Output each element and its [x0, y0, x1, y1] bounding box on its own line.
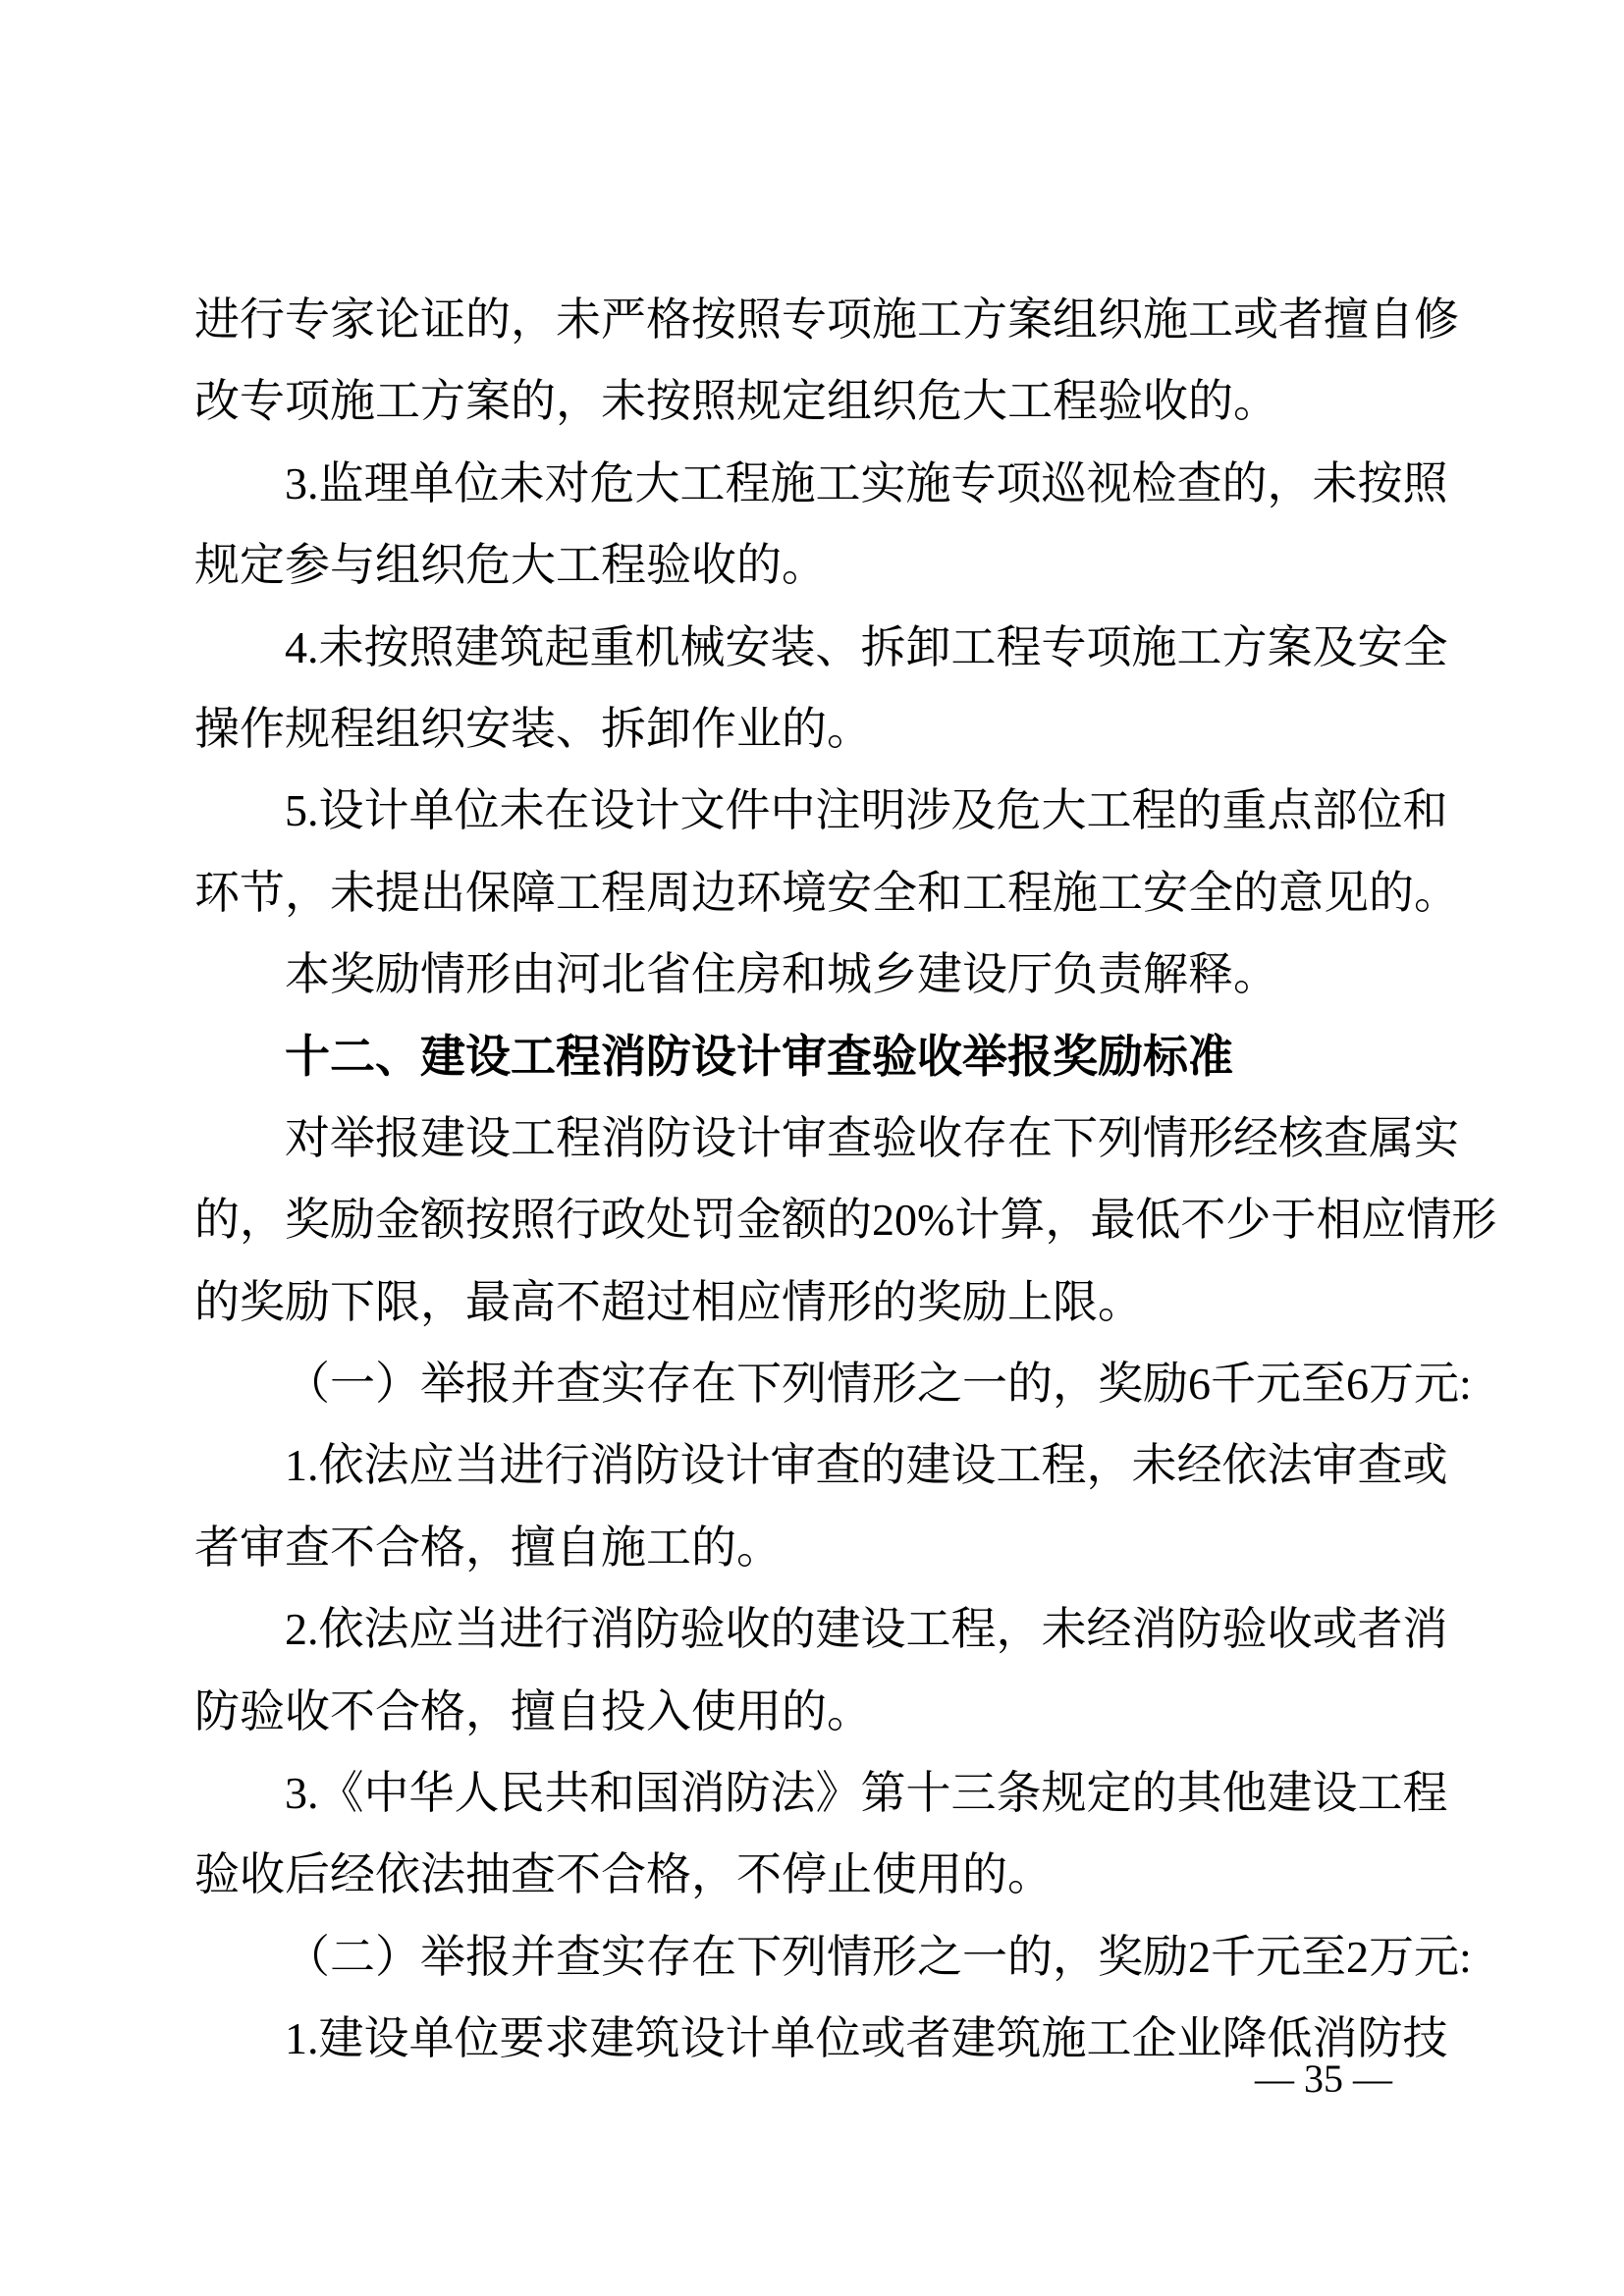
text-line: 对举报建设工程消防设计审查验收存在下列情形经核查属实 — [194, 1097, 1471, 1179]
page-number: — 35 — — [1255, 2057, 1392, 2101]
text-line: 改专项施工方案的，未按照规定组织危大工程验收的。 — [194, 360, 1471, 442]
text-line: 进行专家论证的，未严格按照专项施工方案组织施工或者擅自修 — [194, 279, 1471, 360]
text-line: 操作规程组织安装、拆卸作业的。 — [194, 688, 1471, 770]
document-page: 进行专家论证的，未严格按照专项施工方案组织施工或者擅自修 改专项施工方案的，未按… — [0, 0, 1624, 2296]
section-heading: 十二、建设工程消防设计审查验收举报奖励标准 — [194, 1016, 1471, 1097]
text-line: （二）举报并查实存在下列情形之一的，奖励2千元至2万元: — [194, 1916, 1471, 1998]
text-line: 1.依法应当进行消防设计审查的建设工程，未经依法审查或 — [194, 1424, 1471, 1506]
text-line: 环节，未提出保障工程周边环境安全和工程施工安全的意见的。 — [194, 852, 1471, 934]
text-line: 者审查不合格，擅自施工的。 — [194, 1507, 1471, 1588]
text-line: 的，奖励金额按照行政处罚金额的20%计算，最低不少于相应情形 — [194, 1179, 1471, 1260]
text-line: 2.依法应当进行消防验收的建设工程，未经消防验收或者消 — [194, 1588, 1471, 1670]
text-line: 的奖励下限，最高不超过相应情形的奖励上限。 — [194, 1261, 1471, 1343]
text-line: 规定参与组织危大工程验收的。 — [194, 524, 1471, 606]
text-line: 5.设计单位未在设计文件中注明涉及危大工程的重点部位和 — [194, 770, 1471, 851]
document-body: 进行专家论证的，未严格按照专项施工方案组织施工或者擅自修 改专项施工方案的，未按… — [194, 279, 1471, 2080]
text-line: 3.监理单位未对危大工程施工实施专项巡视检查的，未按照 — [194, 443, 1471, 524]
text-line: 验收后经依法抽查不合格，不停止使用的。 — [194, 1834, 1471, 1915]
text-line: （一）举报并查实存在下列情形之一的，奖励6千元至6万元: — [194, 1343, 1471, 1424]
text-line: 3.《中华人民共和国消防法》第十三条规定的其他建设工程 — [194, 1752, 1471, 1834]
text-line: 本奖励情形由河北省住房和城乡建设厅负责解释。 — [194, 934, 1471, 1015]
text-line: 防验收不合格，擅自投入使用的。 — [194, 1671, 1471, 1752]
text-line: 4.未按照建筑起重机械安装、拆卸工程专项施工方案及安全 — [194, 607, 1471, 688]
